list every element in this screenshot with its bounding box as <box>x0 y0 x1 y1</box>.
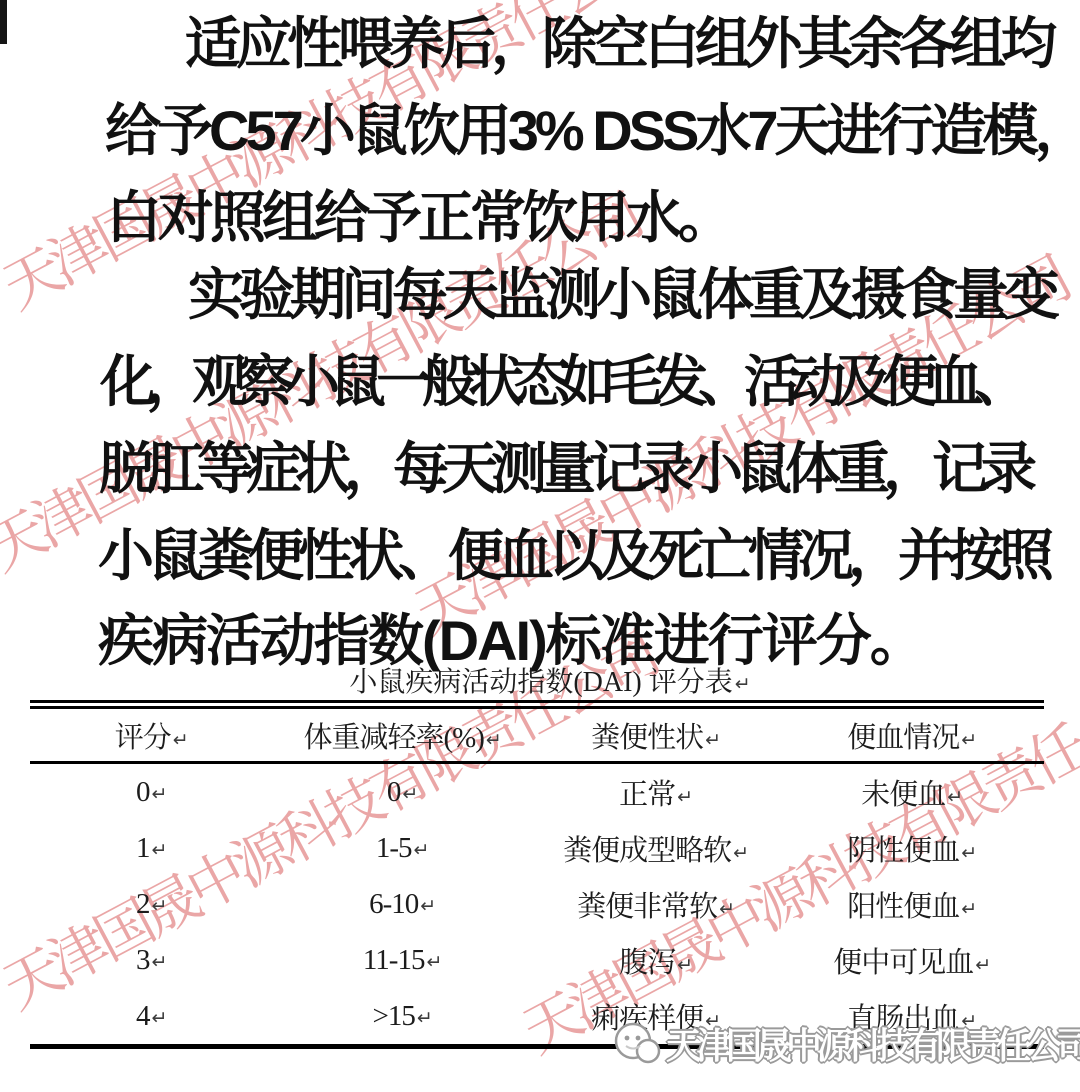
table-title: 小鼠疾病活动指数(DAI) 评分表↵ <box>30 660 1044 700</box>
document-page: 天津国晟中源科技有限责任公司 天津国晟中源科技有限责任公司 天津国晟中源科技有限… <box>0 0 1080 1092</box>
table-cell: 腹泻↵ <box>532 932 780 988</box>
paragraph-line: 白对照组给予正常饮用水。 <box>106 188 730 248</box>
table-cell: 2↵ <box>30 876 273 932</box>
table-cell: 阴性便血↵ <box>780 820 1044 876</box>
paragraph-mark: ↵ <box>173 729 189 751</box>
table-cell: 11-15↵ <box>273 932 532 988</box>
wechat-logo-icon <box>612 1019 662 1069</box>
paragraph-mark: ↵ <box>677 954 693 976</box>
cell-text: 体重减轻率(%) <box>303 722 483 754</box>
paragraph-mark: ↵ <box>426 951 442 973</box>
column-header: 粪便性状↵ <box>532 705 780 763</box>
cell-text: 阳性便血 <box>847 891 959 923</box>
cell-text: 粪便成型略软 <box>563 835 731 867</box>
cell-text: 腹泻 <box>619 947 675 979</box>
table-row: 2↵6-10↵粪便非常软↵阳性便血↵ <box>30 876 1044 932</box>
table-body: 0↵0↵正常↵未便血↵1↵1-5↵粪便成型略软↵阴性便血↵2↵6-10↵粪便非常… <box>30 763 1044 1047</box>
paragraph-mark: ↵ <box>151 895 167 917</box>
cell-text: 4 <box>136 1000 150 1032</box>
table-cell: 1-5↵ <box>273 820 532 876</box>
cell-text: 便中可见血 <box>833 947 973 979</box>
table-cell: 4↵ <box>30 988 273 1047</box>
paragraph-mark: ↵ <box>402 783 418 805</box>
paragraph-mark: ↵ <box>975 954 991 976</box>
cell-text: 3 <box>136 944 150 976</box>
paragraph-mark: ↵ <box>735 673 751 695</box>
table-cell: 粪便成型略软↵ <box>532 820 780 876</box>
table-cell: 未便血↵ <box>780 763 1044 821</box>
cell-text: >15 <box>373 1000 415 1032</box>
paragraph-line: 实验期间每天监测小鼠体重及摄食量变 <box>188 265 1055 325</box>
cell-text: 1 <box>136 832 150 864</box>
cell-text: 阴性便血 <box>847 835 959 867</box>
paragraph-mark: ↵ <box>486 729 502 751</box>
paragraph-mark: ↵ <box>151 951 167 973</box>
cell-text: 未便血 <box>861 779 945 811</box>
scan-artifact <box>0 0 7 44</box>
footer-company-name: 天津国晟中源科技有限责任公司 <box>666 1018 1080 1069</box>
paragraph-mark: ↵ <box>417 1007 433 1029</box>
cell-text: 0 <box>387 776 401 808</box>
cell-text: 0 <box>136 776 150 808</box>
paragraph-line: 适应性喂养后，除空白组外其余各组均 <box>185 14 1052 74</box>
cell-text: 6-10 <box>369 888 418 920</box>
paragraph-mark: ↵ <box>420 895 436 917</box>
paragraph-mark: ↵ <box>733 842 749 864</box>
footer-watermark: 天津国晟中源科技有限责任公司 <box>612 1018 1080 1069</box>
cell-text: 便血情况 <box>847 722 959 754</box>
cell-text: 粪便非常软 <box>577 891 717 923</box>
column-header: 便血情况↵ <box>780 705 1044 763</box>
table-cell: 6-10↵ <box>273 876 532 932</box>
cell-text: 评分 <box>115 722 171 754</box>
table-cell: 1↵ <box>30 820 273 876</box>
paragraph-mark: ↵ <box>151 783 167 805</box>
paragraph-mark: ↵ <box>151 1007 167 1029</box>
paragraph-mark: ↵ <box>961 729 977 751</box>
paragraph-line: 脱肛等症状，每天测量记录小鼠体重，记录 <box>99 439 1030 499</box>
cell-text: 11-15 <box>363 944 425 976</box>
table-cell: 3↵ <box>30 932 273 988</box>
paragraph-mark: ↵ <box>947 786 963 808</box>
cell-text: 2 <box>136 888 150 920</box>
paragraph-mark: ↵ <box>414 839 430 861</box>
table-row: 0↵0↵正常↵未便血↵ <box>30 763 1044 821</box>
cell-text: 1-5 <box>376 832 412 864</box>
paragraph-mark: ↵ <box>677 786 693 808</box>
paragraph-mark: ↵ <box>961 898 977 920</box>
table-cell: 0↵ <box>273 763 532 821</box>
paragraph-mark: ↵ <box>961 842 977 864</box>
table-title-text: 小鼠疾病活动指数(DAI) 评分表 <box>349 667 732 698</box>
paragraph-mark: ↵ <box>151 839 167 861</box>
column-header: 评分↵ <box>30 705 273 763</box>
paragraph-line: 小鼠粪便性状、便血以及死亡情况，并按照 <box>98 526 1048 586</box>
table-row: 1↵1-5↵粪便成型略软↵阴性便血↵ <box>30 820 1044 876</box>
cell-text: 粪便性状 <box>591 722 703 754</box>
paragraph-line: 化，观察小鼠一般状态如毛发、活动及便血、 <box>100 352 1020 412</box>
table-cell: 便中可见血↵ <box>780 932 1044 988</box>
paragraph-line: 给予C57小鼠饮用3% DSS水7天进行造模，空 <box>105 101 1080 161</box>
table-cell: 阳性便血↵ <box>780 876 1044 932</box>
paragraph-mark: ↵ <box>719 898 735 920</box>
table-cell: 正常↵ <box>532 763 780 821</box>
column-header: 体重减轻率(%)↵ <box>273 705 532 763</box>
dai-score-table: 评分↵体重减轻率(%)↵粪便性状↵便血情况↵ 0↵0↵正常↵未便血↵1↵1-5↵… <box>30 700 1044 1049</box>
table-cell: 0↵ <box>30 763 273 821</box>
table-header-row: 评分↵体重减轻率(%)↵粪便性状↵便血情况↵ <box>30 705 1044 763</box>
paragraph-mark: ↵ <box>705 729 721 751</box>
table-cell: 粪便非常软↵ <box>532 876 780 932</box>
cell-text: 正常 <box>619 779 675 811</box>
table-row: 3↵11-15↵腹泻↵便中可见血↵ <box>30 932 1044 988</box>
table-cell: >15↵ <box>273 988 532 1047</box>
